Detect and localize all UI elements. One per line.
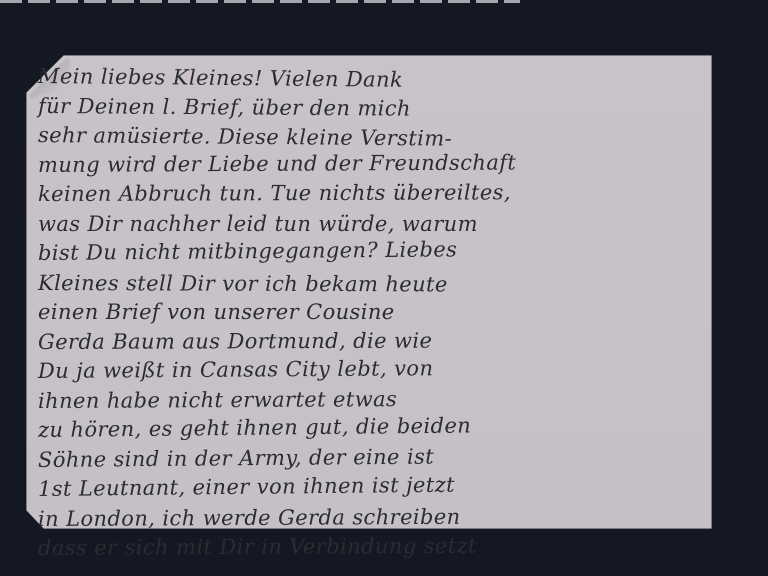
letter-line: mung wird der Liebe und der Freundschaft xyxy=(38,147,714,180)
letter-line: bist Du nicht mitbingegangen? Liebes xyxy=(38,233,714,268)
letter-text: Mein liebes Kleines! Vielen Dank für Dei… xyxy=(38,62,714,564)
letter-line: Du ja weißt in Cansas City lebt, von xyxy=(38,352,714,386)
letter-line: keinen Abbruch tun. Tue nichts übereilte… xyxy=(38,178,714,210)
video-top-strip xyxy=(0,0,520,3)
letter-line: 1st Leutnant, einer von ihnen ist jetzt xyxy=(38,468,714,505)
letter-line: für Deinen l. Brief, über den mich xyxy=(38,92,714,126)
letter-line: einen Brief von unserer Cousine xyxy=(38,298,714,328)
letter-line: in London, ich werde Gerda schreiben xyxy=(38,501,714,534)
letter-line: Kleines stell Dir vor ich bekam heute xyxy=(38,269,714,301)
letter-line: dass er sich mit Dir in Verbindung setzt xyxy=(38,530,714,563)
